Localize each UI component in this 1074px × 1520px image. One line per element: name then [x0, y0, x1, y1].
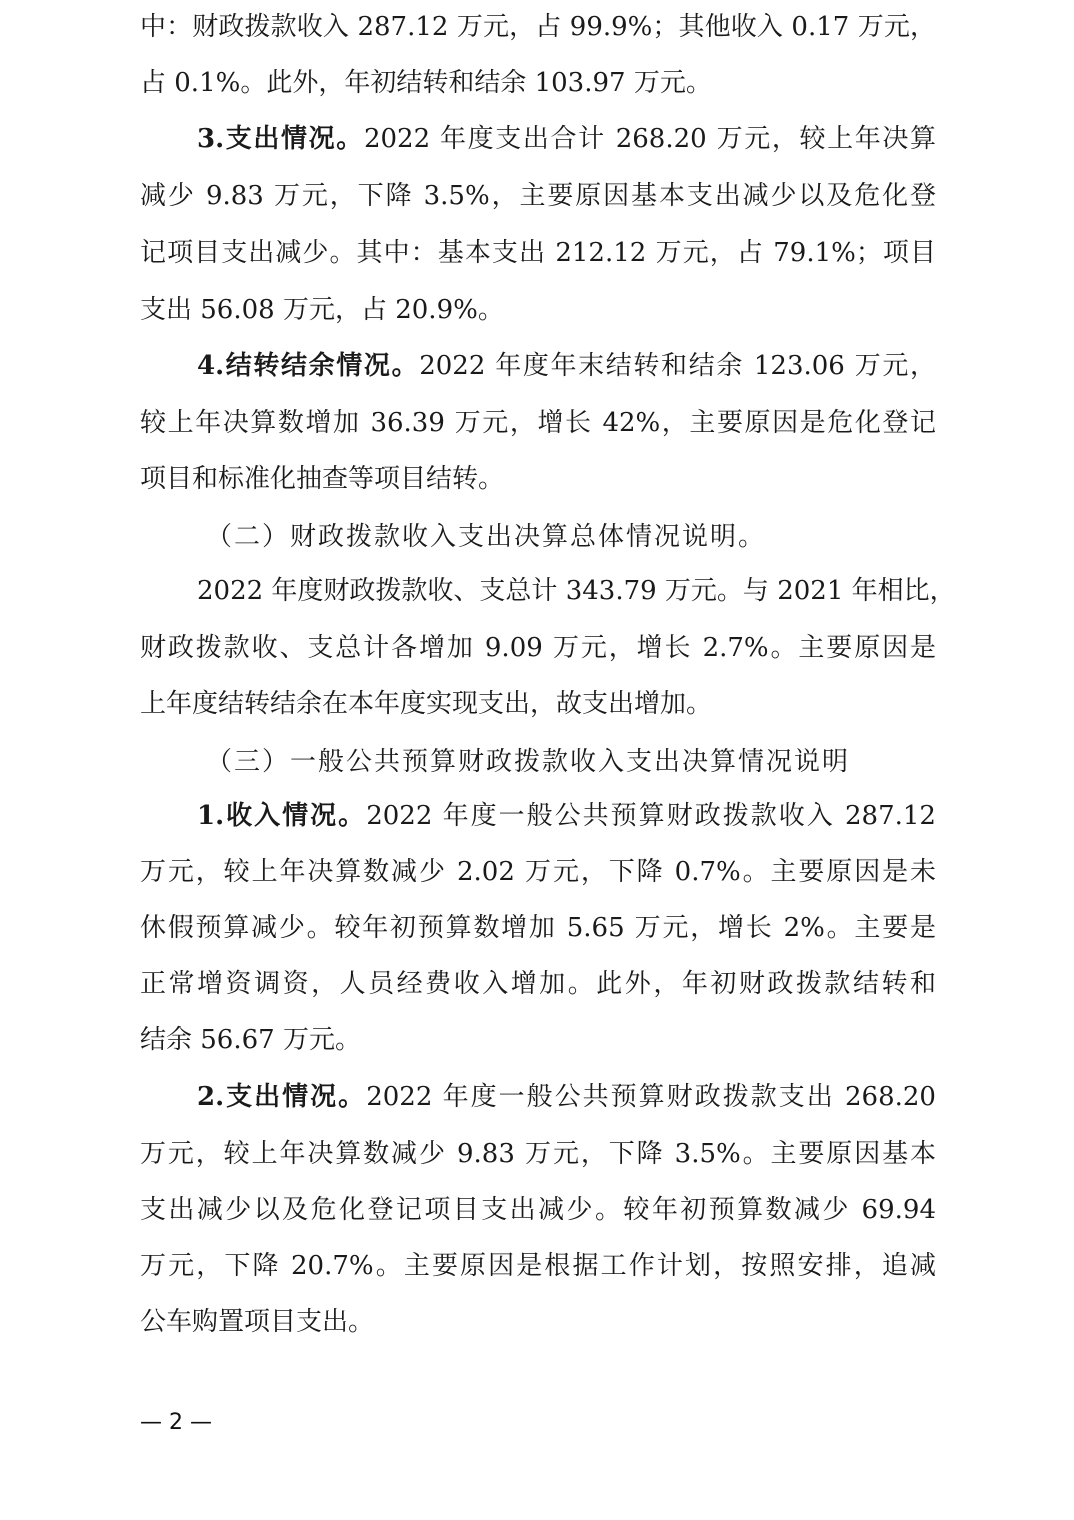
paragraph-expenditure-first-line: 3.支出情况。2022 年度支出合计 268.20 万元，较上年决算 [140, 119, 936, 159]
page-number: — 2 — [140, 1408, 212, 1438]
text-line: 财政拨款收、支总计各增加 9.09 万元，增长 2.7%。主要原因是 [140, 628, 936, 668]
text-span: 2022 年度一般公共预算财政拨款收入 287.12 [366, 801, 936, 831]
text-line: 记项目支出减少。其中：基本支出 212.12 万元，占 79.1%；项目 [140, 233, 936, 273]
text-span: 2022 年度年末结转和结余 123.06 万元， [419, 351, 936, 381]
text-line: 占 0.1%。此外，年初结转和结余 103.97 万元。 [140, 63, 936, 103]
text-line: 2022 年度财政拨款收、支总计 343.79 万元。与 2021 年相比， [140, 571, 936, 611]
text-line: 万元，较上年决算数减少 9.83 万元，下降 3.5%。主要原因基本 [140, 1134, 936, 1174]
text-line: 减少 9.83 万元，下降 3.5%，主要原因基本支出减少以及危化登 [140, 176, 936, 216]
text-line: 公车购置项目支出。 [140, 1302, 936, 1342]
text-line: 项目和标准化抽查等项目结转。 [140, 459, 936, 499]
paragraph-carryover-first-line: 4.结转结余情况。2022 年度年末结转和结余 123.06 万元， [140, 346, 936, 386]
text-line: 休假预算减少。较年初预算数增加 5.65 万元，增长 2%。主要是 [140, 908, 936, 948]
text-line: 正常增资调资，人员经费收入增加。此外，年初财政拨款结转和 [140, 964, 936, 1004]
text-line: 中：财政拨款收入 287.12 万元，占 99.9%；其他收入 0.17 万元， [140, 7, 936, 47]
text-line: 万元，较上年决算数减少 2.02 万元，下降 0.7%。主要原因是未 [140, 852, 936, 892]
section-heading-2: （二）财政拨款收入支出决算总体情况说明。 [140, 517, 936, 557]
text-line: 结余 56.67 万元。 [140, 1020, 936, 1060]
paragraph-general-expenditure-first-line: 2.支出情况。2022 年度一般公共预算财政拨款支出 268.20 [140, 1077, 936, 1117]
text-line: 支出 56.08 万元，占 20.9%。 [140, 290, 936, 330]
section-label-expenditure: 3.支出情况。 [197, 124, 364, 154]
text-line: 上年度结转结余在本年度实现支出，故支出增加。 [140, 684, 936, 724]
section-heading-3: （三）一般公共预算财政拨款收入支出决算情况说明 [140, 742, 936, 782]
text-line: 万元，下降 20.7%。主要原因是根据工作计划，按照安排，追减 [140, 1246, 936, 1286]
text-span: 2022 年度支出合计 268.20 万元，较上年决算 [364, 124, 936, 154]
section-label-general-expenditure: 2.支出情况。 [197, 1082, 366, 1112]
text-span: 2022 年度一般公共预算财政拨款支出 268.20 [366, 1082, 936, 1112]
text-line: 较上年决算数增加 36.39 万元，增长 42%，主要原因是危化登记 [140, 403, 936, 443]
section-label-carryover: 4.结转结余情况。 [197, 351, 419, 381]
text-line: 支出减少以及危化登记项目支出减少。较年初预算数减少 69.94 [140, 1190, 936, 1230]
section-label-income: 1.收入情况。 [197, 801, 366, 831]
paragraph-income-first-line: 1.收入情况。2022 年度一般公共预算财政拨款收入 287.12 [140, 796, 936, 836]
